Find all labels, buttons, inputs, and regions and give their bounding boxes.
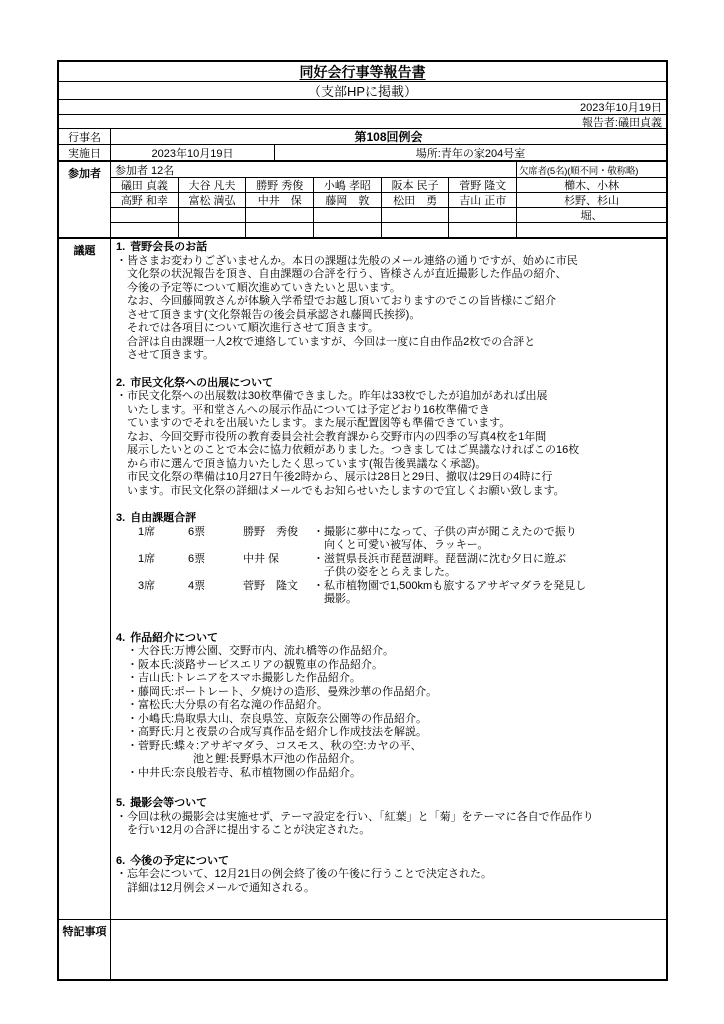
agenda-line: ・富松氏:大分県の有名な滝の作品紹介。 (116, 699, 660, 713)
participant-name (246, 208, 314, 222)
critique-votes: 4票 (188, 580, 243, 607)
agenda-line: を行い12月の合評に提出することが決定された。 (116, 824, 660, 838)
report-page: 同好会行事等報告書 （支部HPに掲載） 2023年10月19日 報告者:礒田貞義… (0, 0, 724, 1024)
section-heading: 1.菅野会長のお話 (116, 241, 660, 255)
agenda-line: ていますのでそれを出展いたします。また展示配置図等も準備できています。 (116, 417, 660, 431)
section-number: 4. (116, 632, 125, 644)
critique-desc: ・私市植物園で1,500kmも旅するアサギマダラを発見し 撮影。 (313, 580, 660, 607)
participant-name: 吉山 正市 (449, 193, 517, 207)
agenda-line: ・阪本氏:淡路サービスエリアの観覧車の作品紹介。 (116, 659, 660, 673)
agenda-line: させて頂きます。 (116, 349, 660, 363)
participants-header-row: 参加者 12名 欠席者(5名)(順不同・敬称略) (111, 162, 666, 177)
participant-name: 阪本 民子 (382, 178, 450, 192)
participant-name (449, 223, 517, 237)
agenda-line: ・小嶋氏:鳥取県大山、奈良県笠、京阪奈公園等の作品紹介。 (116, 713, 660, 727)
absentees-header: 欠席者(5名)(順不同・敬称略) (517, 163, 666, 177)
event-place: 場所:青年の家204号室 (275, 145, 666, 161)
participant-name: 菅野 隆文 (449, 178, 517, 192)
critique-row: 3席 4票 菅野 隆文 ・私市植物園で1,500kmも旅するアサギマダラを発見し… (116, 580, 660, 607)
section-title: 菅野会長のお話 (130, 241, 207, 253)
participant-name (246, 223, 314, 237)
agenda-section-1: 1.菅野会長のお話 ・皆さまお変わりございませんか。本日の課題は先般のメール連絡… (116, 241, 660, 363)
agenda-line: 詳細は12月例会メールで通知される。 (116, 882, 660, 896)
agenda-line: ・皆さまお変わりございませんか。本日の課題は先般のメール連絡の通りですが、始めに… (116, 255, 660, 269)
agenda-line: 展示したいとのことで本会に協力依頼がありました。つきましてはご異議なければこの1… (116, 444, 660, 458)
agenda-line: 市民文化祭の準備は10月27日午後2時から、展示は28日と29日、撤収は29日の… (116, 471, 660, 485)
participant-name (382, 208, 450, 222)
agenda-line: なお、今回交野市役所の教育委員会社会教育課から交野市内の四季の写真4枚を1年間 (116, 431, 660, 445)
agenda-line: なお、今回藤岡敦さんが体験入学希望でお越し頂いておりますのでこの旨皆様にご紹介 (116, 295, 660, 309)
participant-name (449, 208, 517, 222)
agenda-section-2: 2.市民文化祭への出展について ・市民文化祭への出展数は30枚準備できました。昨… (116, 377, 660, 499)
critique-desc-line: 子供の姿をとらえました。 (313, 566, 660, 580)
participants-row: 礒田 貞義 大谷 凡夫 勝野 秀俊 小嶋 孝昭 阪本 民子 菅野 隆文 櫛木、小… (111, 177, 666, 192)
section-heading: 6.今後の予定について (116, 855, 660, 869)
absentee-names: 堀、 (517, 207, 666, 223)
report-sheet: 同好会行事等報告書 （支部HPに掲載） 2023年10月19日 報告者:礒田貞義… (57, 60, 668, 981)
agenda-section-6: 6.今後の予定について ・忘年会について、12月21日の例会終了後の午後に行うこ… (116, 855, 660, 896)
critique-desc: ・撮影に夢中になって、子供の声が聞こえたので振り 向くと可愛い被写体、ラッキー。 (313, 526, 660, 553)
notes-row: 特記事項 (59, 919, 666, 979)
agenda-line: ・忘年会について、12月21日の例会終了後の午後に行うことで決定された。 (116, 868, 660, 882)
participants-count: 参加者 12名 (111, 162, 517, 177)
critique-rank: 1席 (138, 526, 188, 553)
agenda-line: それでは各項目について順次進行させて頂きます。 (116, 322, 660, 336)
absentee-names: 杉野、杉山 (517, 192, 666, 208)
agenda-content: 1.菅野会長のお話 ・皆さまお変わりございませんか。本日の課題は先般のメール連絡… (111, 239, 666, 919)
critique-row: 1席 6票 勝野 秀俊 ・撮影に夢中になって、子供の声が聞こえたので振り 向くと… (116, 526, 660, 553)
section-title: 作品紹介について (130, 632, 218, 644)
critique-votes: 6票 (188, 553, 243, 580)
participant-name: 勝野 秀俊 (246, 178, 314, 192)
event-row: 行事名 第108回例会 (59, 128, 666, 144)
participant-name: 中井 保 (246, 193, 314, 207)
participant-name (382, 223, 450, 237)
title-row: 同好会行事等報告書 (59, 62, 666, 81)
section-number: 5. (116, 797, 125, 809)
notes-content (111, 920, 666, 979)
participant-name: 富松 満弘 (179, 193, 247, 207)
section-number: 1. (116, 241, 125, 253)
agenda-section-4: 4.作品紹介について ・大谷氏:万博公園、交野市内、流れ橋等の作品紹介。 ・阪本… (116, 632, 660, 781)
participants-block: 参加者 参加者 12名 欠席者(5名)(順不同・敬称略) 礒田 貞義 大谷 凡夫… (59, 160, 666, 237)
notes-label: 特記事項 (59, 920, 111, 979)
section-heading: 5.撮影会等ついて (116, 797, 660, 811)
participant-name (179, 223, 247, 237)
agenda-line: から市に選んで頂き協力いたしたく思っています(報告後異議なく承認)。 (116, 458, 660, 472)
participants-row: 高野 和幸 富松 満弘 中井 保 藤岡 敦 松田 勇 吉山 正市 杉野、杉山 (111, 192, 666, 207)
section-heading: 4.作品紹介について (116, 632, 660, 646)
participant-name (314, 208, 382, 222)
participant-name (314, 223, 382, 237)
agenda-line: ・菅野氏:蝶々:アサギマダラ、コスモス、秋の空:カヤの平、 (116, 740, 660, 754)
agenda-line: ・藤岡氏:ポートレート、夕焼けの造形、曼殊沙華の作品紹介。 (116, 686, 660, 700)
participant-name (179, 208, 247, 222)
doc-title: 同好会行事等報告書 (300, 62, 426, 82)
impl-date-label: 実施日 (59, 145, 111, 160)
agenda-line: 合評は自由課題一人2枚で連絡していますが、今回は一度に自由作品2枚での合評と (116, 336, 660, 350)
critique-desc-line: 撮影。 (313, 593, 660, 607)
agenda-line: ・高野氏:月と夜景の合成写真作品を紹介し作成技法を解説。 (116, 726, 660, 740)
participants-grid: 参加者 12名 欠席者(5名)(順不同・敬称略) 礒田 貞義 大谷 凡夫 勝野 … (111, 162, 666, 237)
participant-name: 小嶋 孝昭 (314, 178, 382, 192)
agenda-label: 議題 (59, 239, 111, 919)
section-title: 今後の予定について (130, 855, 229, 867)
critique-desc-line: ・撮影に夢中になって、子供の声が聞こえたので振り (313, 526, 660, 540)
critique-desc: ・滋賀県長浜市琵琶湖畔。琵琶湖に沈む夕日に遊ぶ 子供の姿をとらえました。 (313, 553, 660, 580)
doc-subtitle: （支部HPに掲載） (308, 81, 417, 100)
section-title: 市民文化祭への出展について (130, 377, 273, 389)
critique-row: 1席 6票 中井 保 ・滋賀県長浜市琵琶湖畔。琵琶湖に沈む夕日に遊ぶ 子供の姿を… (116, 553, 660, 580)
agenda-line: ・今回は秋の撮影会は実施せず、テーマ設定を行い、「紅葉」と「菊」をテーマに各自で… (116, 811, 660, 825)
critique-votes: 6票 (188, 526, 243, 553)
event-name: 第108回例会 (111, 128, 666, 145)
section-heading: 3.自由課題合評 (116, 512, 660, 526)
section-number: 2. (116, 377, 125, 389)
critique-name: 菅野 隆文 (243, 580, 313, 607)
agenda-line: 池と鯉:長野県木戸池の作品紹介。 (116, 753, 660, 767)
agenda-line: います。市民文化祭の詳細はメールでもお知らせいたしますので宜しくお願い致します。 (116, 485, 660, 499)
agenda-line: ・市民文化祭への出展数は30枚準備できました。昨年は33枚でしたが追加があれば出… (116, 390, 660, 404)
absentee-names: 櫛木、小林 (517, 177, 666, 193)
agenda-line: ・吉山氏:トレニアをスマホ撮影した作品紹介。 (116, 672, 660, 686)
agenda-line: ・大谷氏:万博公園、交野市内、流れ橋等の作品紹介。 (116, 645, 660, 659)
agenda-row: 議題 1.菅野会長のお話 ・皆さまお変わりございませんか。本日の課題は先般のメー… (59, 237, 666, 919)
impl-date-value: 2023年10月19日 (111, 145, 275, 160)
critique-desc-line: 向くと可愛い被写体、ラッキー。 (313, 539, 660, 553)
agenda-line: 今後の予定等について順次進めていきたいと思います。 (116, 282, 660, 296)
reporter-row: 報告者:礒田貞義 (59, 114, 666, 128)
critique-rank: 1席 (138, 553, 188, 580)
participants-label: 参加者 (59, 162, 111, 237)
participant-name: 大谷 凡夫 (179, 178, 247, 192)
subtitle-row: （支部HPに掲載） (59, 81, 666, 99)
section-title: 自由課題合評 (130, 512, 196, 524)
critique-name: 中井 保 (243, 553, 313, 580)
date-row: 2023年10月19日 (59, 99, 666, 114)
section-title: 撮影会等ついて (130, 797, 207, 809)
participant-name (111, 208, 179, 222)
participant-name (111, 223, 179, 237)
agenda-line: 文化祭の状況報告を頂き、自由課題の合評を行う、皆様さんが直近撮影した作品の紹介、 (116, 268, 660, 282)
impl-date-row: 実施日 2023年10月19日 場所:青年の家204号室 (59, 144, 666, 160)
participants-row: 堀、 (111, 207, 666, 222)
participant-name: 藤岡 敦 (314, 193, 382, 207)
critique-desc-line: ・私市植物園で1,500kmも旅するアサギマダラを発見し (313, 580, 660, 594)
event-label: 行事名 (59, 129, 111, 144)
section-heading: 2.市民文化祭への出展について (116, 377, 660, 391)
agenda-section-3: 3.自由課題合評 1席 6票 勝野 秀俊 ・撮影に夢中になって、子供の声が聞こえ… (116, 512, 660, 607)
agenda-line: いたします。平和堂さんへの展示作品については予定どおり16枚準備でき (116, 404, 660, 418)
critique-name: 勝野 秀俊 (243, 526, 313, 553)
agenda-line: ・中井氏:奈良般若寺、私市植物園の作品紹介。 (116, 767, 660, 781)
participant-name: 松田 勇 (382, 193, 450, 207)
section-number: 6. (116, 855, 125, 867)
agenda-section-5: 5.撮影会等ついて ・今回は秋の撮影会は実施せず、テーマ設定を行い、「紅葉」と「… (116, 797, 660, 838)
agenda-line: させて頂きます(文化祭報告の後会員承認され藤岡氏挨拶)。 (116, 309, 660, 323)
section-number: 3. (116, 512, 125, 524)
participant-name: 礒田 貞義 (111, 178, 179, 192)
critique-desc-line: ・滋賀県長浜市琵琶湖畔。琵琶湖に沈む夕日に遊ぶ (313, 553, 660, 567)
participants-row (111, 222, 666, 237)
critique-rank: 3席 (138, 580, 188, 607)
participant-name: 高野 和幸 (111, 193, 179, 207)
